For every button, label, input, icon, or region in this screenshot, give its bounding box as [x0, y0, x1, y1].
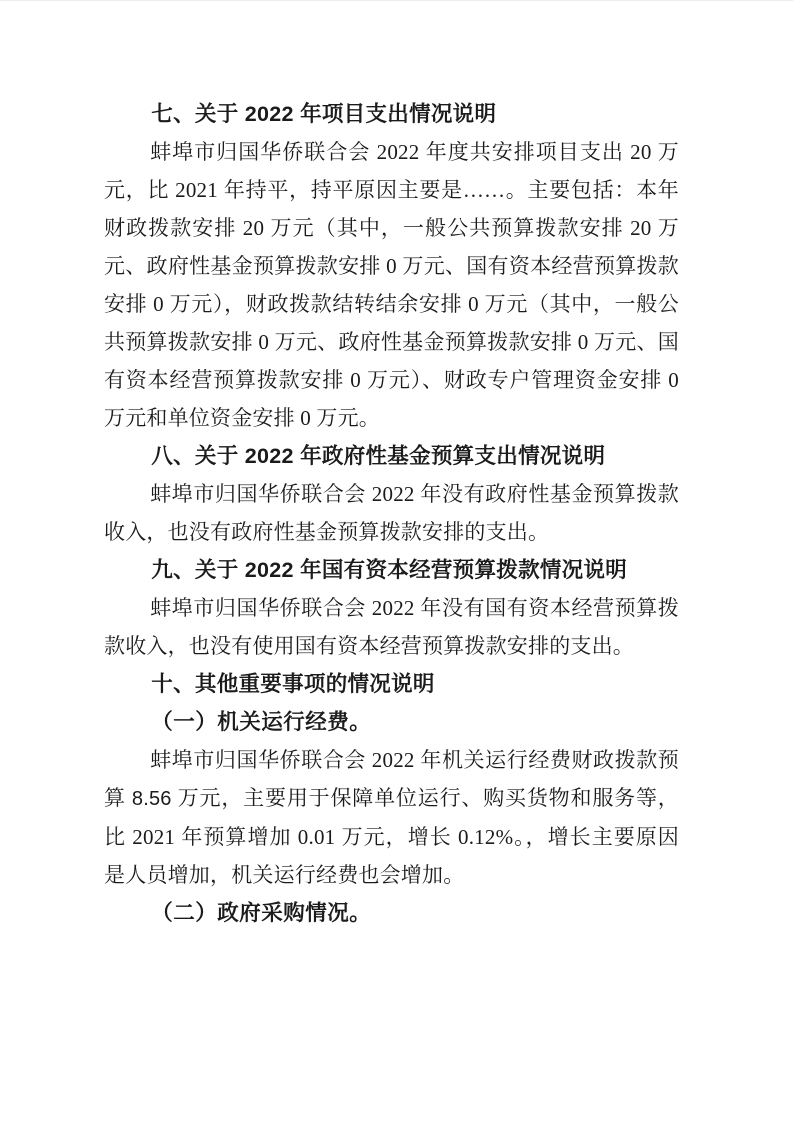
paragraph-government-fund-budget: 蚌埠市归国华侨联合会 2022 年没有政府性基金预算拨款收入，也没有政府性基金预…: [104, 475, 679, 551]
heading-section-7-project-expenditure: 七、关于 2022 年项目支出情况说明: [104, 95, 679, 133]
document-page: 七、关于 2022 年项目支出情况说明 蚌埠市归国华侨联合会 2022 年度共安…: [0, 0, 793, 1122]
paragraph-project-expenditure: 蚌埠市归国华侨联合会 2022 年度共安排项目支出 20 万元，比 2021 年…: [104, 133, 679, 437]
heading-section-9-state-capital-budget: 九、关于 2022 年国有资本经营预算拨款情况说明: [104, 551, 679, 589]
subheading-government-procurement: （二）政府采购情况。: [104, 894, 679, 932]
paragraph-state-capital-budget: 蚌埠市归国华侨联合会 2022 年没有国有资本经营预算拨款收入，也没有使用国有资…: [104, 589, 679, 665]
heading-section-8-government-fund-budget: 八、关于 2022 年政府性基金预算支出情况说明: [104, 437, 679, 475]
operating-funds-text-after: 万元，主要用于保障单位运行、购买货物和服务等，比 2021 年预算增加 0.01…: [104, 786, 679, 887]
paragraph-agency-operating-funds: 蚌埠市归国华侨联合会 2022 年机关运行经费财政拨款预算 8.56 万元，主要…: [104, 741, 679, 894]
heading-section-10-other-important-matters: 十、其他重要事项的情况说明: [104, 665, 679, 703]
subheading-agency-operating-funds: （一）机关运行经费。: [104, 703, 679, 741]
operating-funds-amount: 8.56: [132, 788, 172, 810]
